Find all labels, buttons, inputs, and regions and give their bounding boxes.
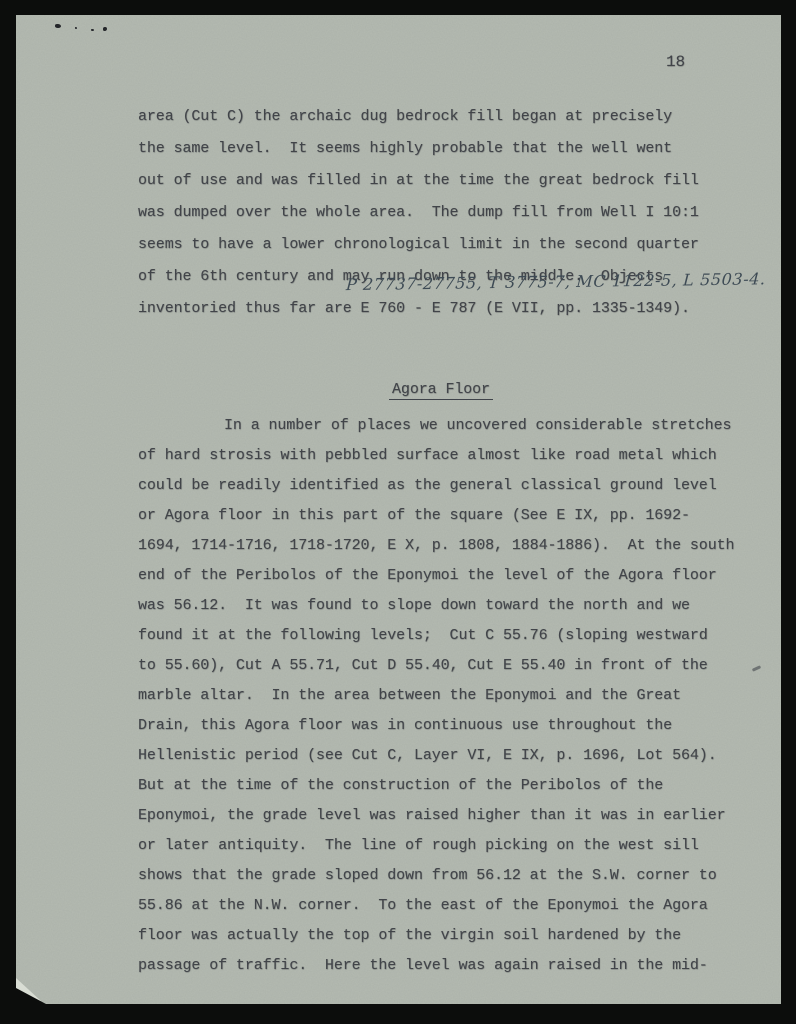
typed-line: 1694, 1714-1716, 1718-1720, E X, p. 1808… xyxy=(138,531,768,561)
typed-line: could be readily identified as the gener… xyxy=(138,471,768,501)
section-heading-text: Agora Floor xyxy=(389,381,493,400)
typed-line: to 55.60), Cut A 55.71, Cut D 55.40, Cut… xyxy=(138,651,768,681)
typed-line: In a number of places we uncovered consi… xyxy=(138,411,768,441)
typed-line: or Agora floor in this part of the squar… xyxy=(138,501,768,531)
ink-spot xyxy=(91,29,94,31)
typed-line: floor was actually the top of the virgin… xyxy=(138,921,768,951)
page-number: 18 xyxy=(666,53,685,71)
paragraph-agora-floor: In a number of places we uncovered consi… xyxy=(138,411,768,981)
typed-line: Drain, this Agora floor was in continuou… xyxy=(138,711,768,741)
typed-line: was 56.12. It was found to slope down to… xyxy=(138,591,768,621)
typed-line: Eponymoi, the grade level was raised hig… xyxy=(138,801,768,831)
typed-line: area (Cut C) the archaic dug bedrock fil… xyxy=(138,101,758,133)
typed-line: marble altar. In the area between the Ep… xyxy=(138,681,768,711)
ink-spot xyxy=(75,27,77,29)
typed-line: end of the Peribolos of the Eponymoi the… xyxy=(138,561,768,591)
typed-line: found it at the following levels; Cut C … xyxy=(138,621,768,651)
typed-line: out of use and was filled in at the time… xyxy=(138,165,758,197)
typed-line: passage of traffic. Here the level was a… xyxy=(138,951,768,981)
typed-line: inventoried thus far are E 760 - E 787 (… xyxy=(138,293,758,325)
document-page: 18 area (Cut C) the archaic dug bedrock … xyxy=(16,15,781,1004)
section-heading: Agora Floor xyxy=(138,380,744,400)
typed-line: the same level. It seems highly probable… xyxy=(138,133,758,165)
typed-line: shows that the grade sloped down from 56… xyxy=(138,861,768,891)
typed-line: was dumped over the whole area. The dump… xyxy=(138,197,758,229)
typed-line: 55.86 at the N.W. corner. To the east of… xyxy=(138,891,768,921)
ink-spot xyxy=(55,24,61,28)
typed-line: seems to have a lower chronological limi… xyxy=(138,229,758,261)
typed-line: But at the time of the construction of t… xyxy=(138,771,768,801)
typed-line: or later antiquity. The line of rough pi… xyxy=(138,831,768,861)
corner-cut xyxy=(16,988,46,1004)
scan-background: { "page": { "number": "18", "paper_color… xyxy=(0,0,796,1024)
typed-line: Hellenistic period (see Cut C, Layer VI,… xyxy=(138,741,768,771)
ink-spot xyxy=(103,27,107,31)
typed-line: of hard strosis with pebbled surface alm… xyxy=(138,441,768,471)
